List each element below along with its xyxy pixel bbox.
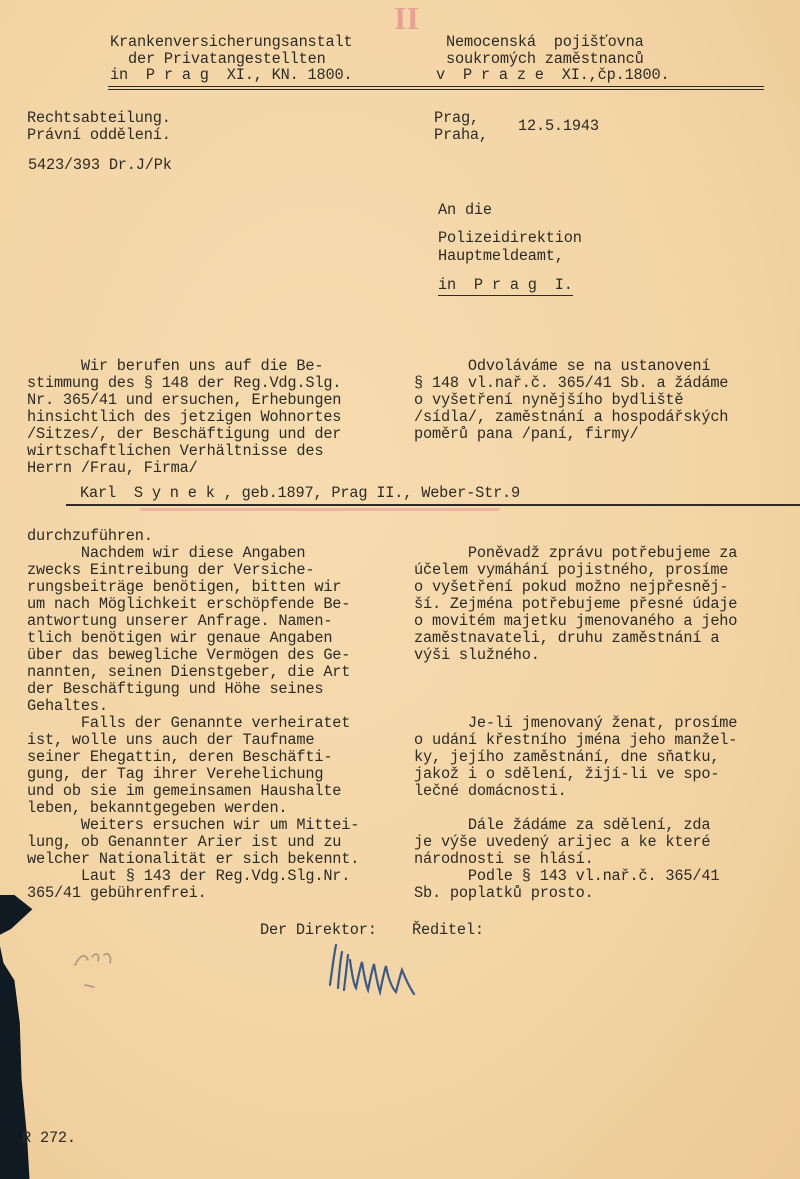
text-line: ky, jejího zaměstnání, dne sňatku, [414,749,719,767]
text-line: 365/41 gebührenfrei. [27,885,207,903]
signature-label-cz: Ředitel: [412,922,484,940]
text-line: o vyšetření nynějšího bydliště [414,392,683,410]
text-line: účelem vymáhání pojistného, prosíme [414,562,728,580]
text-line: lung, ob Genannter Arier ist und zu [27,834,341,852]
text-line: ší. Zejména potřebujeme přesné údaje [414,596,737,614]
text-line: Odvoláváme se na ustanovení [414,358,710,376]
letterhead-cz-line3: v P r a z e XI.,čp.1800. [436,67,669,85]
text-line: Falls der Genannte verheiratet [27,715,350,733]
text-line: Poněvadž zprávu potřebujeme za [414,545,737,563]
letter-date: 12.5.1943 [518,118,599,136]
pencil-annotation [70,945,140,1005]
red-pencil-underline [140,508,500,511]
text-line: wirtschaftlichen Verhältnisse des [27,443,323,461]
text-line: Nr. 365/41 und ersuchen, Erhebungen [27,392,341,410]
red-roman-numeral-mark: II [394,2,420,34]
recipient-line2: Hauptmeldeamt, [438,248,564,266]
text-line: um nach Möglichkeit erschöpfende Be- [27,596,350,614]
text-line: lečné domácnosti. [414,783,567,801]
text-line: Herrn /Frau, Firma/ [27,460,198,478]
text-line: o vyšetření pokud možno nejpřesněj- [414,579,728,597]
text-line: o udání křestního jména jeho manžel- [414,732,737,750]
form-number: R 272. [22,1130,76,1148]
text-line: Laut § 143 der Reg.Vdg.Slg.Nr. [27,868,350,886]
text-line: der Beschäftigung und Höhe seines [27,681,323,699]
text-line: ist, wolle uns auch der Taufname [27,732,314,750]
place-cz: Praha, [434,127,488,145]
text-line: und ob sie im gemeinsamen Haushalte [27,783,341,801]
subject-person-line: Karl S y n e k , geb.1897, Prag II., Web… [80,485,520,503]
text-line: durchzuführen. [27,528,153,546]
text-line: o movitém majetku jmenovaného a jeho [414,613,737,631]
text-line: nannten, seinen Dienstgeber, die Art [27,664,350,682]
letterhead-de-line1: Krankenversicherungsanstalt [110,34,352,52]
text-line: zwecks Eintreibung der Versiche- [27,562,314,580]
text-line: Nachdem wir diese Angaben [27,545,305,563]
text-line: Podle § 143 vl.nař.č. 365/41 [414,868,719,886]
text-line: tlich benötigen wir genaue Angaben [27,630,332,648]
text-line: stimmung des § 148 der Reg.Vdg.Slg. [27,375,341,393]
recipient-line3: in P r a g I. [438,277,573,296]
text-line: zaměstnavateli, druhu zaměstnání a [414,630,719,648]
text-line: Dále žádáme za sdělení, zda [414,817,710,835]
place-de: Prag, [434,110,479,128]
text-line: Gehaltes. [27,698,108,716]
reference-number: 5423/393 Dr.J/Pk [28,157,172,175]
text-line: gung, der Tag ihrer Verehelichung [27,766,323,784]
text-line: welcher Nationalität er sich bekennt. [27,851,359,869]
department-de: Rechtsabteilung. [27,110,171,128]
text-line: rungsbeiträge benötigen, bitten wir [27,579,341,597]
text-line: hinsichtlich des jetzigen Wohnortes [27,409,341,427]
text-line: § 148 vl.nař.č. 365/41 Sb. a žádáme [414,375,728,393]
letterhead-rule-bottom [108,89,764,90]
recipient-salutation: An die [438,202,492,220]
text-line: Wir berufen uns auf die Be- [27,358,323,376]
text-line: Je-li jmenovaný ženat, prosíme [414,715,737,733]
text-line: Sb. poplatků prosto. [414,885,594,903]
text-line: je výše uvedený arijec a ke které [414,834,710,852]
letterhead-rule-top [108,86,764,87]
text-line: jakož i o sdělení, žijí-li ve spo- [414,766,719,784]
subject-underline [66,504,800,506]
text-line: Weiters ersuchen wir um Mittei- [27,817,359,835]
signature-label-de: Der Direktor: [260,922,377,940]
text-line: /Sitzes/, der Beschäftigung und der [27,426,341,444]
text-line: antwortung unserer Anfrage. Namen- [27,613,332,631]
department-cz: Právní oddělení. [27,127,171,145]
text-line: /sídla/, zaměstnání a hospodářských [414,409,728,427]
text-line: über das bewegliche Vermögen des Ge- [27,647,350,665]
text-line: leben, bekanntgegeben werden. [27,800,287,818]
letterhead-cz-line1: Nemocenská pojišťovna [446,34,644,52]
recipient-line1: Polizeidirektion [438,230,582,248]
text-line: seiner Ehegattin, deren Beschäfti- [27,749,332,767]
text-line: národnosti se hlásí. [414,851,594,869]
text-line: poměrů pana /paní, firmy/ [414,426,639,444]
letterhead-de-line3: in P r a g XI., KN. 1800. [110,67,352,85]
handwritten-signature [322,940,432,1000]
text-line: výši služného. [414,647,540,665]
